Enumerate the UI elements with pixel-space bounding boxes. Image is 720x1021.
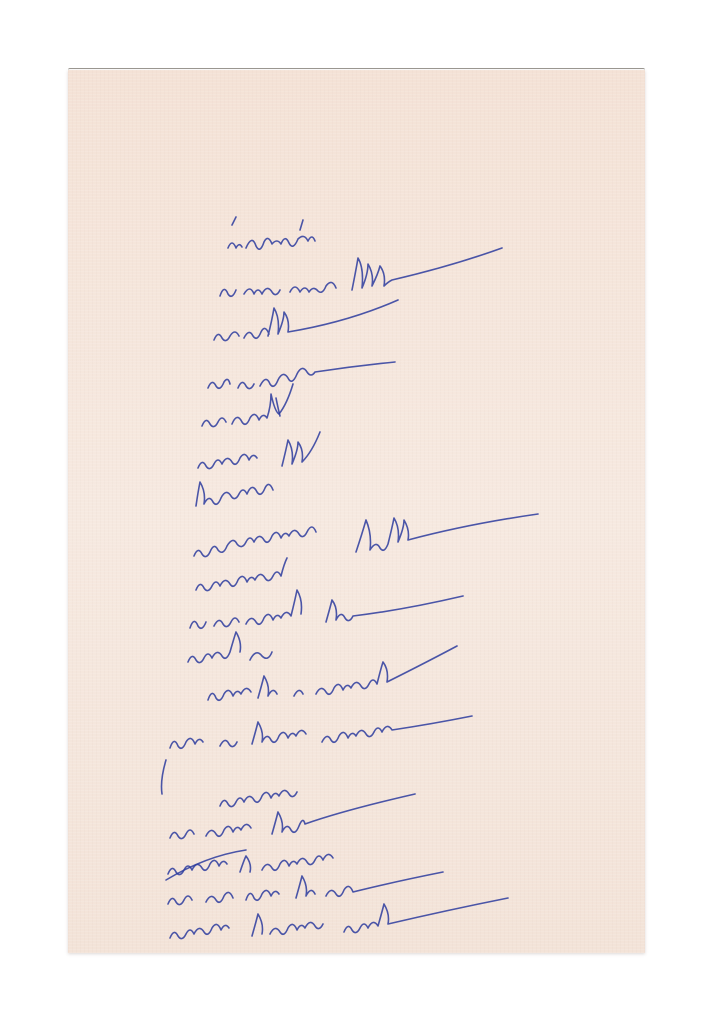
handwritten-line-5 xyxy=(202,384,293,427)
handwritten-line-8 xyxy=(194,514,538,557)
handwritten-line-13 xyxy=(162,716,473,794)
handwritten-line-14 xyxy=(220,790,297,806)
handwritten-line-7 xyxy=(196,482,273,506)
handwritten-line-2 xyxy=(220,248,502,296)
handwritten-line-4 xyxy=(208,362,395,416)
handwritten-line-18 xyxy=(170,898,508,939)
handwritten-line-12 xyxy=(208,646,457,700)
handwritten-line-3 xyxy=(214,300,398,341)
handwritten-line-10 xyxy=(190,590,463,628)
handwritten-line-15 xyxy=(170,794,415,839)
handwritten-line-11 xyxy=(188,632,272,663)
handwritten-line-6 xyxy=(198,432,320,469)
handwritten-line-16 xyxy=(166,850,333,880)
handwritten-line-1 xyxy=(228,217,315,249)
handwritten-line-17 xyxy=(168,872,443,905)
handwriting-ink xyxy=(0,0,720,1021)
handwritten-line-9 xyxy=(196,558,287,591)
